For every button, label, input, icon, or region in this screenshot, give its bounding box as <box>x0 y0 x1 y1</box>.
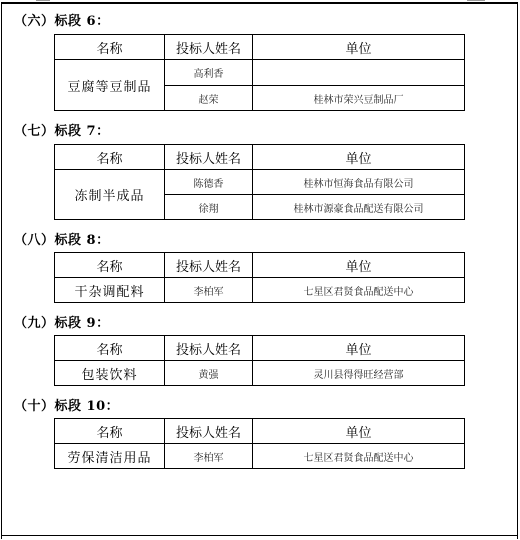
column-header-name: 名称 <box>55 35 165 60</box>
table-row: 劳保清洁用品 李柏军 七星区君贤食品配送中心 <box>55 444 465 469</box>
section-heading: （六）标段 6： <box>14 10 110 29</box>
item-name-cell: 冻制半成品 <box>55 170 165 220</box>
bid-table-section-6: 名称 投标人姓名 单位 豆腐等豆制品 高利香 赵荣 桂林市荣兴豆制品厂 <box>54 34 465 111</box>
page-frame-right <box>517 2 518 539</box>
table-header-row: 名称 投标人姓名 单位 <box>55 253 465 278</box>
section-heading: （八）标段 8： <box>14 229 110 248</box>
column-header-bidder: 投标人姓名 <box>165 336 253 361</box>
column-header-name: 名称 <box>55 253 165 278</box>
unit-cell: 灵川县得得旺经营部 <box>253 361 465 386</box>
column-header-bidder: 投标人姓名 <box>165 35 253 60</box>
page-frame-top <box>1 2 518 4</box>
table-header-row: 名称 投标人姓名 单位 <box>55 419 465 444</box>
column-header-bidder: 投标人姓名 <box>165 253 253 278</box>
bidder-cell: 陈德香 <box>165 170 253 195</box>
table-row: 包装饮料 黄强 灵川县得得旺经营部 <box>55 361 465 386</box>
page-corner-mark <box>36 0 50 1</box>
unit-cell: 桂林市源豪食品配送有限公司 <box>253 195 465 220</box>
column-header-unit: 单位 <box>253 145 465 170</box>
bidder-cell: 高利香 <box>165 60 253 86</box>
column-header-name: 名称 <box>55 145 165 170</box>
bidder-cell: 李柏军 <box>165 444 253 469</box>
table-header-row: 名称 投标人姓名 单位 <box>55 336 465 361</box>
column-header-name: 名称 <box>55 419 165 444</box>
section-heading: （十）标段 10： <box>14 395 119 414</box>
table-header-row: 名称 投标人姓名 单位 <box>55 145 465 170</box>
item-name-cell: 劳保清洁用品 <box>55 444 165 469</box>
unit-cell <box>253 60 465 86</box>
section-heading: （七）标段 7： <box>14 120 110 139</box>
unit-cell: 七星区君贤食品配送中心 <box>253 278 465 303</box>
bid-table-section-7: 名称 投标人姓名 单位 冻制半成品 陈德香 桂林市恒海食品有限公司 徐翔 桂林市… <box>54 144 465 220</box>
bidder-cell: 赵荣 <box>165 86 253 111</box>
table-row: 冻制半成品 陈德香 桂林市恒海食品有限公司 <box>55 170 465 195</box>
item-name-cell: 豆腐等豆制品 <box>55 60 165 111</box>
table-header-row: 名称 投标人姓名 单位 <box>55 35 465 60</box>
item-name-cell: 包装饮料 <box>55 361 165 386</box>
table-row: 豆腐等豆制品 高利香 <box>55 60 465 86</box>
unit-cell: 七星区君贤食品配送中心 <box>253 444 465 469</box>
bid-table-section-10: 名称 投标人姓名 单位 劳保清洁用品 李柏军 七星区君贤食品配送中心 <box>54 418 465 469</box>
section-heading: （九）标段 9： <box>14 312 110 331</box>
unit-cell: 桂林市荣兴豆制品厂 <box>253 86 465 111</box>
table-row: 干杂调配料 李柏军 七星区君贤食品配送中心 <box>55 278 465 303</box>
bidder-cell: 徐翔 <box>165 195 253 220</box>
column-header-unit: 单位 <box>253 35 465 60</box>
page-frame-left <box>1 2 2 539</box>
unit-cell: 桂林市恒海食品有限公司 <box>253 170 465 195</box>
column-header-name: 名称 <box>55 336 165 361</box>
column-header-bidder: 投标人姓名 <box>165 145 253 170</box>
column-header-unit: 单位 <box>253 253 465 278</box>
item-name-cell: 干杂调配料 <box>55 278 165 303</box>
page-frame-bottom <box>1 535 518 536</box>
page-corner-mark <box>467 0 485 1</box>
column-header-bidder: 投标人姓名 <box>165 419 253 444</box>
bidder-cell: 黄强 <box>165 361 253 386</box>
bid-table-section-8: 名称 投标人姓名 单位 干杂调配料 李柏军 七星区君贤食品配送中心 <box>54 252 465 303</box>
bid-table-section-9: 名称 投标人姓名 单位 包装饮料 黄强 灵川县得得旺经营部 <box>54 335 465 386</box>
column-header-unit: 单位 <box>253 419 465 444</box>
bidder-cell: 李柏军 <box>165 278 253 303</box>
column-header-unit: 单位 <box>253 336 465 361</box>
